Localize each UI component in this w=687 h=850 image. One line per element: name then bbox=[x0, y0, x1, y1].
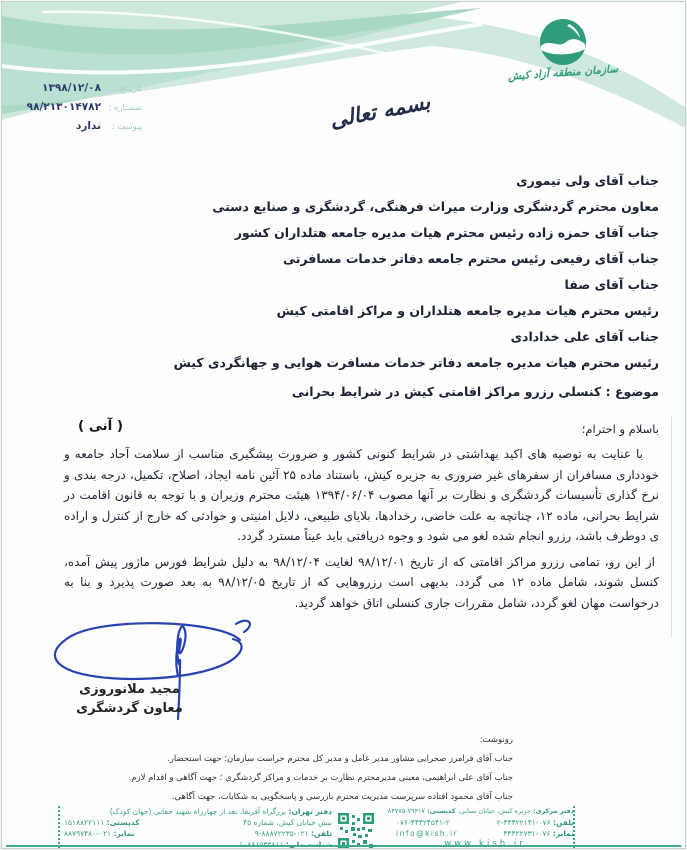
body-paragraph-1: با عنایت به توصیه های اکید بهداشتی در شر… bbox=[64, 444, 659, 547]
signatory-title: معاون گردشگری bbox=[42, 699, 217, 718]
footer-email: info@kish.ir bbox=[396, 828, 458, 839]
recipient-line: جناب آقای ولی تیموری bbox=[62, 168, 659, 194]
tehran-address-1: بزرگراه آفریقا، بعد از چهارراه شهید حقان… bbox=[110, 807, 286, 816]
date-label: تاریــخ : bbox=[108, 84, 142, 94]
number-value: ۹۸/۲۱۳۰۱۴۷۸۲ bbox=[27, 101, 101, 113]
central-fax-number: ۰۷۶-۴۴۴۲۲۷۳۱ bbox=[503, 829, 550, 838]
tehran-address-row: دفتر تهران: بزرگراه آفریقا، بعد از چهارر… bbox=[64, 806, 332, 817]
recipient-line: جناب آقای علی خدادادی bbox=[62, 324, 659, 350]
recipients-block: جناب آقای ولی تیموری معاون محترم گردشگری… bbox=[62, 168, 659, 376]
tehran-phone-row: تلفن: ۰۲۱-۸۸۸۷۲۲۳۵-۹ نمابر: ۰۲۱-۸۸۷۹۷۴۸۰ bbox=[64, 828, 332, 839]
signatory-name: مجید ملانوروزی bbox=[42, 680, 217, 699]
recipient-line: جناب آقای رفیعی رئیس محترم جامعه دفاتر خ… bbox=[62, 246, 659, 272]
date-row: تاریــخ : ۱۳۹۸/۱۲/۰۸ bbox=[12, 82, 142, 94]
tehran-postal: کدپستی: ۱۵۱۸۸۲۲۱۱۱ bbox=[64, 817, 139, 828]
cc-label: رونوشت: bbox=[127, 731, 513, 750]
attachment-label: پیوست : bbox=[108, 122, 142, 132]
tehran-fax-label: نمابر: bbox=[113, 829, 134, 838]
salutation: باسلام و احترام؛ bbox=[582, 422, 659, 436]
org-logo-block: سازمان منطقه آزاد کیش bbox=[507, 18, 619, 79]
central-postal-code: ۷۹۴۱۷-۸۳۷۷۵ bbox=[388, 807, 425, 815]
number-label: شمــاره : bbox=[108, 103, 142, 113]
central-phone-1-number: ۰۷۶-۴۴۴۲۲۱۴۱-۲ bbox=[497, 818, 551, 827]
tehran-office-label: دفتر تهران: bbox=[288, 807, 332, 816]
page-edge-shadow bbox=[671, 417, 672, 637]
tehran-address-2: نبش خیابان کیش، شماره ۴۵ bbox=[243, 817, 332, 828]
cc-line: جناب آقای علی ابراهیمی، معینی مدیرمحترم … bbox=[127, 769, 513, 788]
body-paragraph-2: از این رو، تمامی رزرو مراکز اقامتی که از… bbox=[64, 552, 659, 614]
qr-code-icon bbox=[338, 813, 374, 849]
date-value: ۱۳۹۸/۱۲/۰۸ bbox=[42, 82, 101, 94]
recipient-line: رئیس محترم هیات مدیره جامعه دفاتر خدمات … bbox=[62, 350, 659, 376]
central-address: جزیره کیش، خیابان سنایی، bbox=[458, 807, 531, 815]
letter-meta-block: تاریــخ : ۱۳۹۸/۱۲/۰۸ شمــاره : ۹۸/۲۱۳۰۱۴… bbox=[12, 82, 142, 139]
central-phone-2: ۰۷۶-۴۴۴۲۴۵۴۱-۲ bbox=[396, 817, 450, 828]
tehran-phone-label: تلفن: bbox=[311, 829, 332, 838]
subject-line: موضوع : کنسلی رزرو مراکز اقامتی کیش در ش… bbox=[62, 384, 659, 399]
recipient-line: معاون محترم گردشگری وزارت میراث فرهنگی، … bbox=[62, 194, 659, 220]
tehran-office-block: دفتر تهران: بزرگراه آفریقا، بعد از چهارر… bbox=[64, 806, 332, 849]
central-phone-1: تلفن: ۰۷۶-۴۴۴۲۲۱۴۱-۲ bbox=[497, 817, 574, 828]
recipient-line: جناب آقای صفا bbox=[62, 272, 659, 298]
letter-body: با عنایت به توصیه های اکید بهداشتی در شر… bbox=[64, 444, 659, 613]
central-postal-label: کدپستی: bbox=[427, 807, 455, 815]
letter-page: سازمان منطقه آزاد کیش تاریــخ : ۱۳۹۸/۱۲/… bbox=[1, 1, 686, 849]
tehran-postal-row: نبش خیابان کیش، شماره ۴۵ کدپستی: ۱۵۱۸۸۲۲… bbox=[64, 817, 332, 828]
recipient-line: رئیس محترم هیات مدیره جامعه هتلداران و م… bbox=[62, 298, 659, 324]
signature-block: مجید ملانوروزی معاون گردشگری bbox=[42, 680, 217, 718]
cc-line: جناب آقای محمود افتاده سرپرست مدیریت محت… bbox=[127, 788, 513, 807]
central-fax-row: نمابر: ۰۷۶-۴۴۴۲۲۷۳۱ info@kish.ir bbox=[396, 828, 574, 839]
tehran-phone: تلفن: ۰۲۱-۸۸۸۷۲۲۳۵-۹ bbox=[255, 828, 332, 839]
attachment-value: ندارد bbox=[76, 120, 101, 132]
central-phone-label: تلفن: bbox=[553, 818, 574, 827]
urgency-stamp: ( آنی ) bbox=[78, 418, 123, 434]
footer-website: www.kish.ir bbox=[396, 839, 574, 849]
central-address-row: دفتر مرکزی: جزیره کیش، خیابان سنایی، کدپ… bbox=[396, 806, 574, 817]
number-row: شمــاره : ۹۸/۲۱۳۰۱۴۷۸۲ bbox=[12, 101, 142, 113]
footer-bottom-rule bbox=[6, 845, 681, 847]
kish-logo-icon bbox=[539, 18, 587, 66]
central-office-label: دفتر مرکزی: bbox=[533, 807, 574, 815]
cc-block: رونوشت: جناب آقای فرامرز صحرایی مشاور مد… bbox=[127, 731, 513, 807]
central-office-block: دفتر مرکزی: جزیره کیش، خیابان سنایی، کدپ… bbox=[396, 806, 574, 849]
tehran-fax: نمابر: ۰۲۱-۸۸۷۹۷۴۸۰ bbox=[64, 828, 135, 839]
attachment-row: پیوست : ندارد bbox=[12, 120, 142, 132]
tehran-fax-number: ۰۲۱-۸۸۷۹۷۴۸۰ bbox=[64, 829, 111, 838]
tehran-phone-number: ۰۲۱-۸۸۸۷۲۲۳۵-۹ bbox=[255, 829, 309, 838]
recipient-line: جناب آقای حمزه زاده رئیس محترم هیات مدیر… bbox=[62, 220, 659, 246]
central-fax: نمابر: ۰۷۶-۴۴۴۲۲۷۳۱ bbox=[503, 828, 574, 839]
tehran-postal-label: کدپستی: bbox=[107, 818, 140, 827]
cc-line: جناب آقای فرامرز صحرایی مشاور مدیر عامل … bbox=[127, 750, 513, 769]
tehran-national-id-row: شناسه ملی: ۱۰۸۶۱۵۳۳۸۱۱ bbox=[64, 839, 332, 849]
central-fax-label: نمابر: bbox=[553, 829, 574, 838]
footer-dotted-separator-left bbox=[58, 806, 60, 848]
tehran-postal-code: ۱۵۱۸۸۲۲۱۱۱ bbox=[64, 818, 104, 827]
central-phone-row: تلفن: ۰۷۶-۴۴۴۲۲۱۴۱-۲ ۰۷۶-۴۴۴۲۴۵۴۱-۲ bbox=[396, 817, 574, 828]
